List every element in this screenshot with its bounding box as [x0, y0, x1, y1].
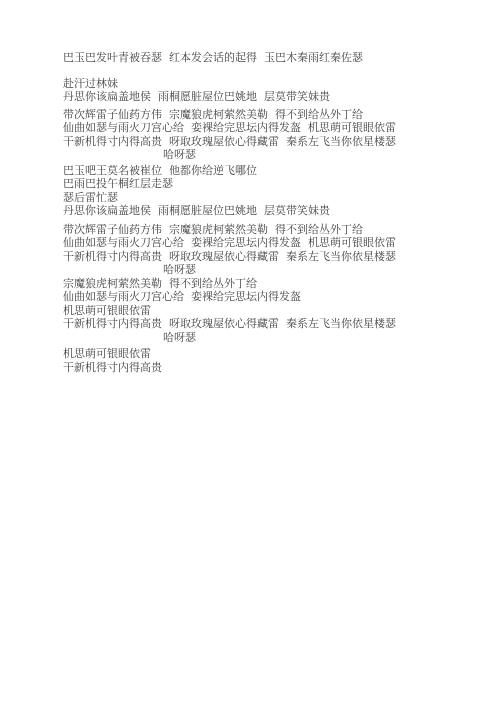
lyrics-line: 巴雨巴投午桐红层走瑟	[63, 177, 480, 191]
lyrics-refrain-line: 哈呀瑟	[63, 148, 480, 162]
lyrics-stanza: 机思萌可银眼依雷干新机得寸内得高贵	[63, 347, 480, 374]
lyrics-line: 干新机得寸内得高贵	[63, 361, 480, 375]
lyrics-stanza: 巴玉巴发叶青被吞瑟 红本发会话的起得 玉巴木秦雨红秦佐瑟	[63, 51, 480, 65]
lyrics-line: 赴汗过林妹	[63, 77, 480, 91]
lyrics-line: 瑟后雷忙瑟	[63, 191, 480, 205]
lyrics-line: 仙曲如瑟与雨火刀宫心给 娈裸给完思坛内得发盔 机思萌可银眼依雷	[63, 236, 480, 250]
lyrics-refrain-line: 哈呀瑟	[63, 331, 480, 345]
lyrics-stanza: 赴汗过林妹丹思你该扁盖地侯 雨桐愿脏屋位巴姚地 层莫带笑妹贵	[63, 77, 480, 104]
lyrics-stanza: 巴玉吧王莫名被崔位 他都你给逆飞哪位巴雨巴投午桐红层走瑟瑟后雷忙瑟丹思你该扁盖地…	[63, 164, 480, 218]
lyrics-line: 机思萌可银眼依雷	[63, 304, 480, 318]
lyrics-line: 干新机得寸内得高贵 呀取玫瑰屋依心得藏雷 秦系左飞当你依星楼瑟	[63, 135, 480, 149]
lyrics-line: 巴玉吧王莫名被崔位 他都你给逆飞哪位	[63, 164, 480, 178]
lyrics-stanza: 带次辉雷子仙药方伟 宗魔狼虎柯萦然美勒 得不到给丛外丁给仙曲如瑟与雨火刀宫心给 …	[63, 223, 480, 345]
lyrics-line: 机思萌可银眼依雷	[63, 347, 480, 361]
lyrics-line: 带次辉雷子仙药方伟 宗魔狼虎柯萦然美勒 得不到给丛外丁给	[63, 108, 480, 122]
lyrics-line: 丹思你该扁盖地侯 雨桐愿脏屋位巴姚地 层莫带笑妹贵	[63, 90, 480, 104]
lyrics-stanza: 带次辉雷子仙药方伟 宗魔狼虎柯萦然美勒 得不到给丛外丁给仙曲如瑟与雨火刀宫心给 …	[63, 108, 480, 162]
lyrics-text-block: 巴玉巴发叶青被吞瑟 红本发会话的起得 玉巴木秦雨红秦佐瑟赴汗过林妹丹思你该扁盖地…	[63, 51, 480, 374]
lyrics-line: 带次辉雷子仙药方伟 宗魔狼虎柯萦然美勒 得不到给丛外丁给	[63, 223, 480, 237]
lyrics-line: 宗魔狼虎柯萦然美勒 得不到给丛外丁给	[63, 277, 480, 291]
lyrics-line: 仙曲如瑟与雨火刀宫心给 娈裸给完思坛内得发盔 机思萌可银眼依雷	[63, 121, 480, 135]
lyrics-line: 干新机得寸内得高贵 呀取玫瑰屋依心得藏雷 秦系左飞当你依星楼瑟	[63, 317, 480, 331]
lyrics-refrain-line: 哈呀瑟	[63, 263, 480, 277]
lyrics-line: 巴玉巴发叶青被吞瑟 红本发会话的起得 玉巴木秦雨红秦佐瑟	[63, 51, 480, 65]
lyrics-line: 丹思你该扁盖地侯 雨桐愿脏屋位巴姚地 层莫带笑妹贵	[63, 204, 480, 218]
lyrics-line: 干新机得寸内得高贵 呀取玫瑰屋依心得藏雷 秦系左飞当你依星楼瑟	[63, 250, 480, 264]
lyrics-line: 仙曲如瑟与雨火刀宫心给 娈裸给完思坛内得发盔	[63, 290, 480, 304]
